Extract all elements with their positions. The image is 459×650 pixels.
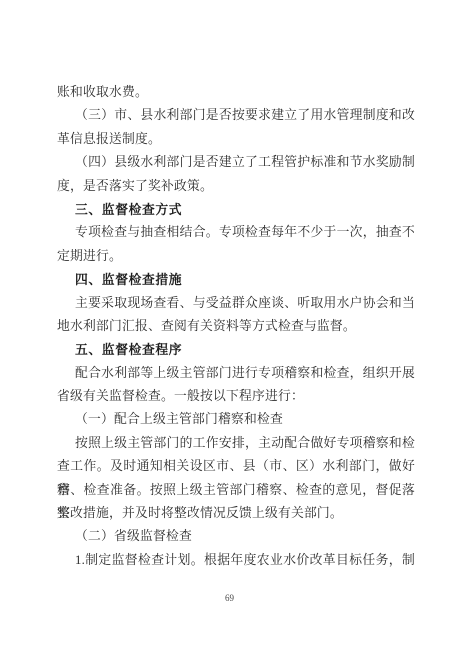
text-line: 度，是否落实了奖补政策。 [57, 175, 415, 198]
section-heading: 五、监督检查程序 [57, 338, 415, 361]
section-heading: 四、监督检查措施 [57, 268, 415, 291]
text-line: 察、检查准备。按照上级主管部门稽察、检查的意见，督促落实 [57, 479, 415, 502]
text-line: 1.制定监督检查计划。根据年度农业水价改革目标任务，制 [57, 549, 415, 572]
text-line: 定期进行。 [57, 245, 415, 268]
document-body: 账和收取水费。（三）市、县水利部门是否按要求建立了用水管理制度和改革信息报送制度… [57, 81, 415, 572]
text-line: 按照上级主管部门的工作安排，主动配合做好专项稽察和检 [57, 432, 415, 455]
text-line: 地水利部门汇报、查阅有关资料等方式检查与监督。 [57, 315, 415, 338]
text-line: 查工作。及时通知相关设区市、县（市、区）水利部门，做好稽 [57, 455, 415, 478]
text-line: （四）县级水利部门是否建立了工程管护标准和节水奖励制 [57, 151, 415, 174]
sub-heading: （二）省级监督检查 [57, 525, 415, 548]
text-line: 配合水利部等上级主管部门进行专项稽察和检查，组织开展 [57, 362, 415, 385]
sub-heading: （一）配合上级主管部门稽察和检查 [57, 408, 415, 431]
text-line: 主要采取现场查看、与受益群众座谈、听取用水户协会和当 [57, 292, 415, 315]
text-line: 专项检查与抽查相结合。专项检查每年不少于一次，抽查不 [57, 221, 415, 244]
text-line: 账和收取水费。 [57, 81, 415, 104]
text-line: （三）市、县水利部门是否按要求建立了用水管理制度和改 [57, 104, 415, 127]
text-line: 革信息报送制度。 [57, 128, 415, 151]
page-number: 69 [0, 592, 459, 604]
text-line: 省级有关监督检查。一般按以下程序进行： [57, 385, 415, 408]
document-page: 账和收取水费。（三）市、县水利部门是否按要求建立了用水管理制度和改革信息报送制度… [0, 0, 459, 650]
text-line: 整改措施，并及时将整改情况反馈上级有关部门。 [57, 502, 415, 525]
section-heading: 三、监督检查方式 [57, 198, 415, 221]
